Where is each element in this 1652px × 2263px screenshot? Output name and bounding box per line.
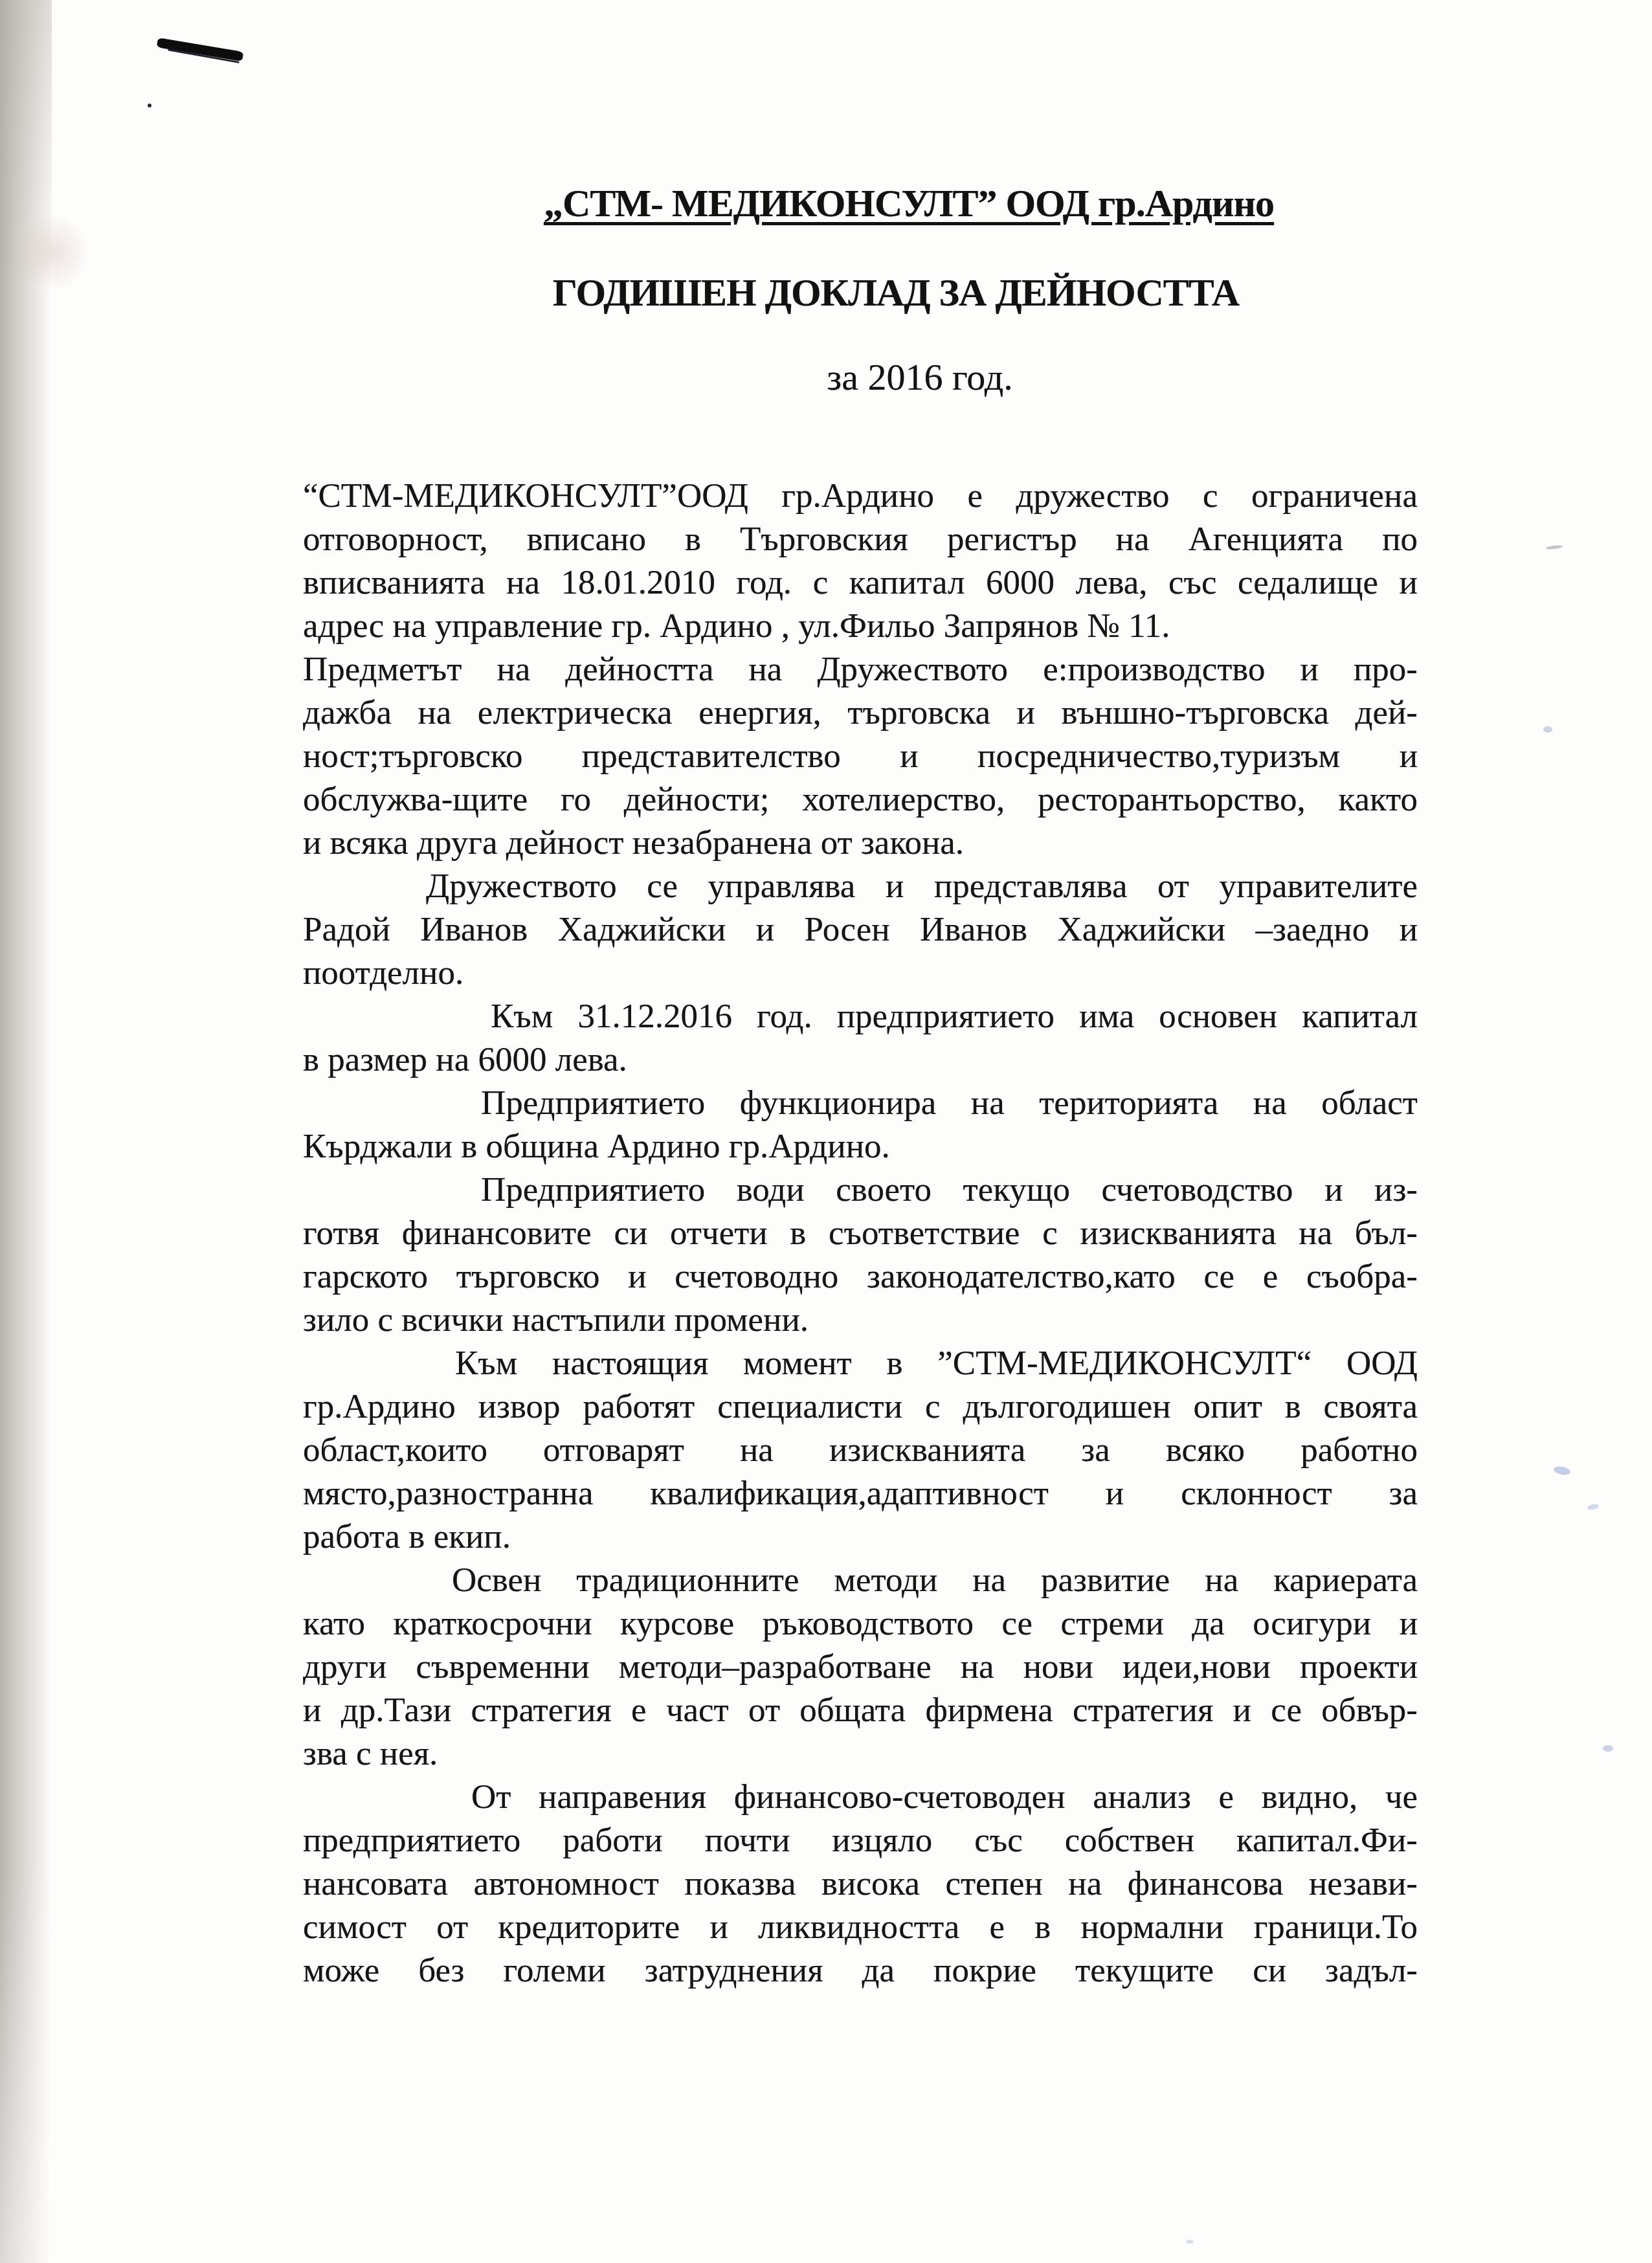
text-line: зва с нея. — [303, 1732, 1418, 1776]
text-line: може без големи затруднения да покрие те… — [303, 1949, 1418, 1992]
text-line: Към 31.12.2016 год. предприятието има ос… — [303, 995, 1418, 1038]
text-line: вписванията на 18.01.2010 год. с капитал… — [303, 561, 1418, 605]
text-line: готвя финансовите си отчети в съответств… — [303, 1212, 1418, 1255]
text-line: място,разностранна квалификация,адаптивн… — [303, 1472, 1418, 1515]
text-line: Освен традиционните методи на развитие н… — [303, 1559, 1418, 1602]
text-line: От направения финансово-счетоводен анали… — [303, 1776, 1418, 1819]
text-line: в размер на 6000 лева. — [303, 1038, 1418, 1082]
text-line: Дружеството се управлява и представлява … — [303, 865, 1418, 908]
pen-mark — [157, 38, 244, 61]
text-line: други съвременни методи–разработване на … — [303, 1645, 1418, 1689]
scan-speck — [1546, 544, 1563, 550]
document-body: “СТМ-МЕДИКОНСУЛТ”ООД гр.Ардино е дружест… — [303, 474, 1418, 1992]
scanned-report-page: { "colors":{"paper":"#fdfdfc","ink":"#15… — [0, 0, 1652, 2263]
text-line: поотделно. — [303, 952, 1418, 995]
text-line: гарското търговско и счетоводно законода… — [303, 1255, 1418, 1299]
text-line: адрес на управление гр. Ардино , ул.Филь… — [303, 605, 1418, 648]
report-title-text: „СТМ- МЕДИКОНСУЛТ” ООД гр.Ардино — [544, 182, 1274, 225]
text-line: Предприятието води своето текущо счетово… — [303, 1168, 1418, 1212]
scan-speck — [1603, 1745, 1613, 1752]
text-line: Радой Иванов Хаджийски и Росен Иванов Ха… — [303, 908, 1418, 952]
ink-dot-speck — [148, 104, 151, 107]
text-line: Кърджали в община Ардино гр.Ардино. — [303, 1125, 1418, 1168]
scan-speck — [1543, 726, 1552, 733]
text-line: дажба на електрическа енергия, търговска… — [303, 691, 1418, 735]
scan-speck — [1587, 1503, 1599, 1510]
text-line: нансовата автономност показва висока сте… — [303, 1862, 1418, 1906]
scan-speck — [1186, 2240, 1194, 2244]
text-line: обслужва-щите го дейности; хотелиерство,… — [303, 778, 1418, 821]
scan-speck — [1553, 1465, 1571, 1476]
text-line: работа в екип. — [303, 1515, 1418, 1559]
text-line: и др.Тази стратегия е част от общата фир… — [303, 1689, 1418, 1732]
text-line: ност;търговско представителство и посред… — [303, 735, 1418, 778]
report-period: за 2016 год. — [0, 353, 1652, 402]
report-title: „СТМ- МЕДИКОНСУЛТ” ООД гр.Ардино — [0, 176, 1652, 230]
text-line: зило с всички настъпили промени. — [303, 1299, 1418, 1342]
text-line: предприятието работи почти изцяло със со… — [303, 1819, 1418, 1862]
text-line: като краткосрочни курсове ръководството … — [303, 1602, 1418, 1645]
text-line: Предметът на дейността на Дружеството е:… — [303, 648, 1418, 691]
text-line: “СТМ-МЕДИКОНСУЛТ”ООД гр.Ардино е дружест… — [303, 474, 1418, 518]
text-line: Към настоящия момент в ”СТМ-МЕДИКОНСУЛТ“… — [303, 1342, 1418, 1385]
text-line: отговорност, вписано в Търговския регист… — [303, 518, 1418, 561]
scan-edge-shadow-fade — [0, 0, 52, 2263]
text-line: област,които отговарят на изискванията з… — [303, 1429, 1418, 1472]
text-line: симост от кредиторите и ликвидността е в… — [303, 1906, 1418, 1949]
text-line: Предприятието функционира на територията… — [303, 1082, 1418, 1125]
report-subtitle: ГОДИШЕН ДОКЛАД ЗА ДЕЙНОСТТА — [0, 265, 1652, 320]
text-line: гр.Ардино извор работят специалисти с дъ… — [303, 1385, 1418, 1429]
scanned-page: „СТМ- МЕДИКОНСУЛТ” ООД гр.Ардино ГОДИШЕН… — [0, 0, 1652, 2263]
text-line: и всяка друга дейност незабранена от зак… — [303, 821, 1418, 865]
